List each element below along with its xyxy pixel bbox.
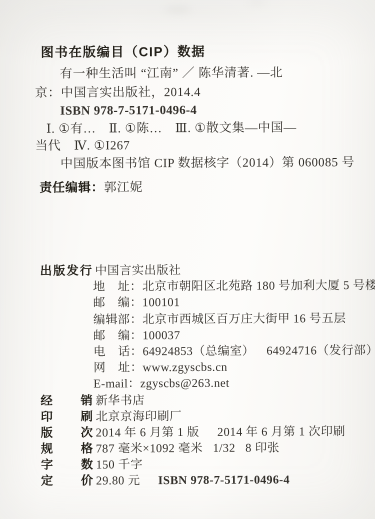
row-value2: 1/32	[213, 441, 236, 455]
row-value: 2014 年 6 月第 1 版	[96, 425, 200, 440]
row-value2: 64924716（发行部）	[266, 343, 375, 358]
cip-classification-line2: 当代 Ⅳ. ①I267	[35, 138, 130, 152]
colophon-row-website: 网 址：www.zgyscbs.cn	[40, 358, 370, 376]
row-label: 字 数	[41, 457, 93, 473]
book-copyright-page: 图书在版编目（CIP）数据 有一种生活叫 “江南” ／ 陈华清著. —北 京：中…	[0, 0, 375, 519]
cip-isbn-line: ISBN 978-7-5171-0496-4	[60, 103, 197, 118]
row-label: 出版发行	[40, 263, 92, 279]
row-label: 版 次	[41, 424, 93, 440]
row-sublabel: 地 址：	[93, 279, 142, 293]
row-value: 29.80 元	[96, 474, 140, 488]
row-value: 北京市朝阳区北苑路 180 号加利大厦 5 号楼 105 室	[142, 278, 375, 293]
colophon-row-postcode2: 邮 编：100037	[40, 326, 370, 344]
row-value: 北京京海印刷厂	[96, 409, 182, 423]
row-value: 中国言实出版社	[95, 263, 181, 277]
row-value: 新华书店	[96, 393, 145, 407]
cip-classification-line1: Ⅰ. ①有… Ⅱ. ①陈… Ⅲ. ①散文集—中国—	[46, 120, 296, 135]
colophon-row-publisher: 出版发行中国言实出版社	[40, 261, 370, 279]
row-sublabel: 邮 编：	[93, 328, 142, 342]
colophon-row-word-count: 字 数150 千字	[41, 455, 371, 473]
row-value: 100101	[142, 295, 180, 309]
row-sublabel: 电 话：	[93, 344, 142, 358]
colophon-row-postcode: 邮 编：100101	[40, 293, 370, 311]
row-label: 规 格	[41, 441, 93, 457]
row-value: 64924853（总编室）	[143, 344, 255, 359]
colophon-block: 出版发行中国言实出版社 地 址：北京市朝阳区北苑路 180 号加利大厦 5 号楼…	[40, 261, 371, 489]
row-label: 印 刷	[41, 408, 93, 424]
row-sublabel: 邮 编：	[93, 296, 142, 310]
row-value3: 8 印张	[245, 441, 279, 455]
cip-record-line: 中国版本图书馆 CIP 数据核字（2014）第 060085 号	[60, 155, 354, 171]
page-content: 图书在版编目（CIP）数据 有一种生活叫 “江南” ／ 陈华清著. —北 京：中…	[0, 0, 375, 519]
row-value: 北京市西城区百万庄大街甲 16 号五层	[142, 311, 346, 326]
row-value: zgyscbs@263.net	[140, 376, 229, 390]
editor-name: 郭江妮	[104, 180, 143, 194]
colophon-row-distributor: 经 销新华书店	[41, 391, 371, 409]
row-value: 787 毫米×1092 毫米	[96, 441, 203, 456]
cip-header: 图书在版编目（CIP）数据	[41, 45, 206, 60]
row-sublabel: 编辑部：	[93, 312, 142, 326]
colophon-row-edition: 版 次2014 年 6 月第 1 版2014 年 6 月第 1 次印刷	[41, 423, 371, 441]
row-sublabel: 网 址：	[93, 360, 142, 374]
colophon-row-printer: 印 刷北京京海印刷厂	[41, 407, 371, 425]
colophon-row-phone: 电 话：64924853（总编室）64924716（发行部）	[40, 342, 370, 360]
row-label: 经 销	[41, 392, 93, 408]
row-sublabel: E-mail：	[93, 377, 140, 391]
colophon-row-editorial-dept: 编辑部：北京市西城区百万庄大街甲 16 号五层	[40, 310, 370, 328]
cip-title-line: 有一种生活叫 “江南” ／ 陈华清著. —北	[60, 65, 283, 80]
row-value: www.zgyscbs.cn	[143, 360, 228, 374]
colophon-row-email: E-mail：zgyscbs@263.net	[40, 374, 370, 392]
colophon-row-address: 地 址：北京市朝阳区北苑路 180 号加利大厦 5 号楼 105 室	[40, 277, 370, 295]
row-value: 150 千字	[96, 457, 143, 471]
row-label: 定 价	[41, 473, 93, 489]
row-value: 100037	[142, 328, 180, 342]
cip-publisher-line: 京：中国言实出版社，2014.4	[35, 85, 201, 100]
editor-label: 责任编辑：	[39, 180, 104, 194]
row-value2: ISBN 978-7-5171-0496-4	[158, 473, 290, 488]
row-value2: 2014 年 6 月第 1 次印刷	[217, 424, 345, 439]
colophon-row-price: 定 价29.80 元ISBN 978-7-5171-0496-4	[41, 471, 371, 489]
editor-line: 责任编辑：郭江妮	[39, 180, 142, 195]
colophon-row-format: 规 格787 毫米×1092 毫米1/328 印张	[41, 439, 371, 457]
